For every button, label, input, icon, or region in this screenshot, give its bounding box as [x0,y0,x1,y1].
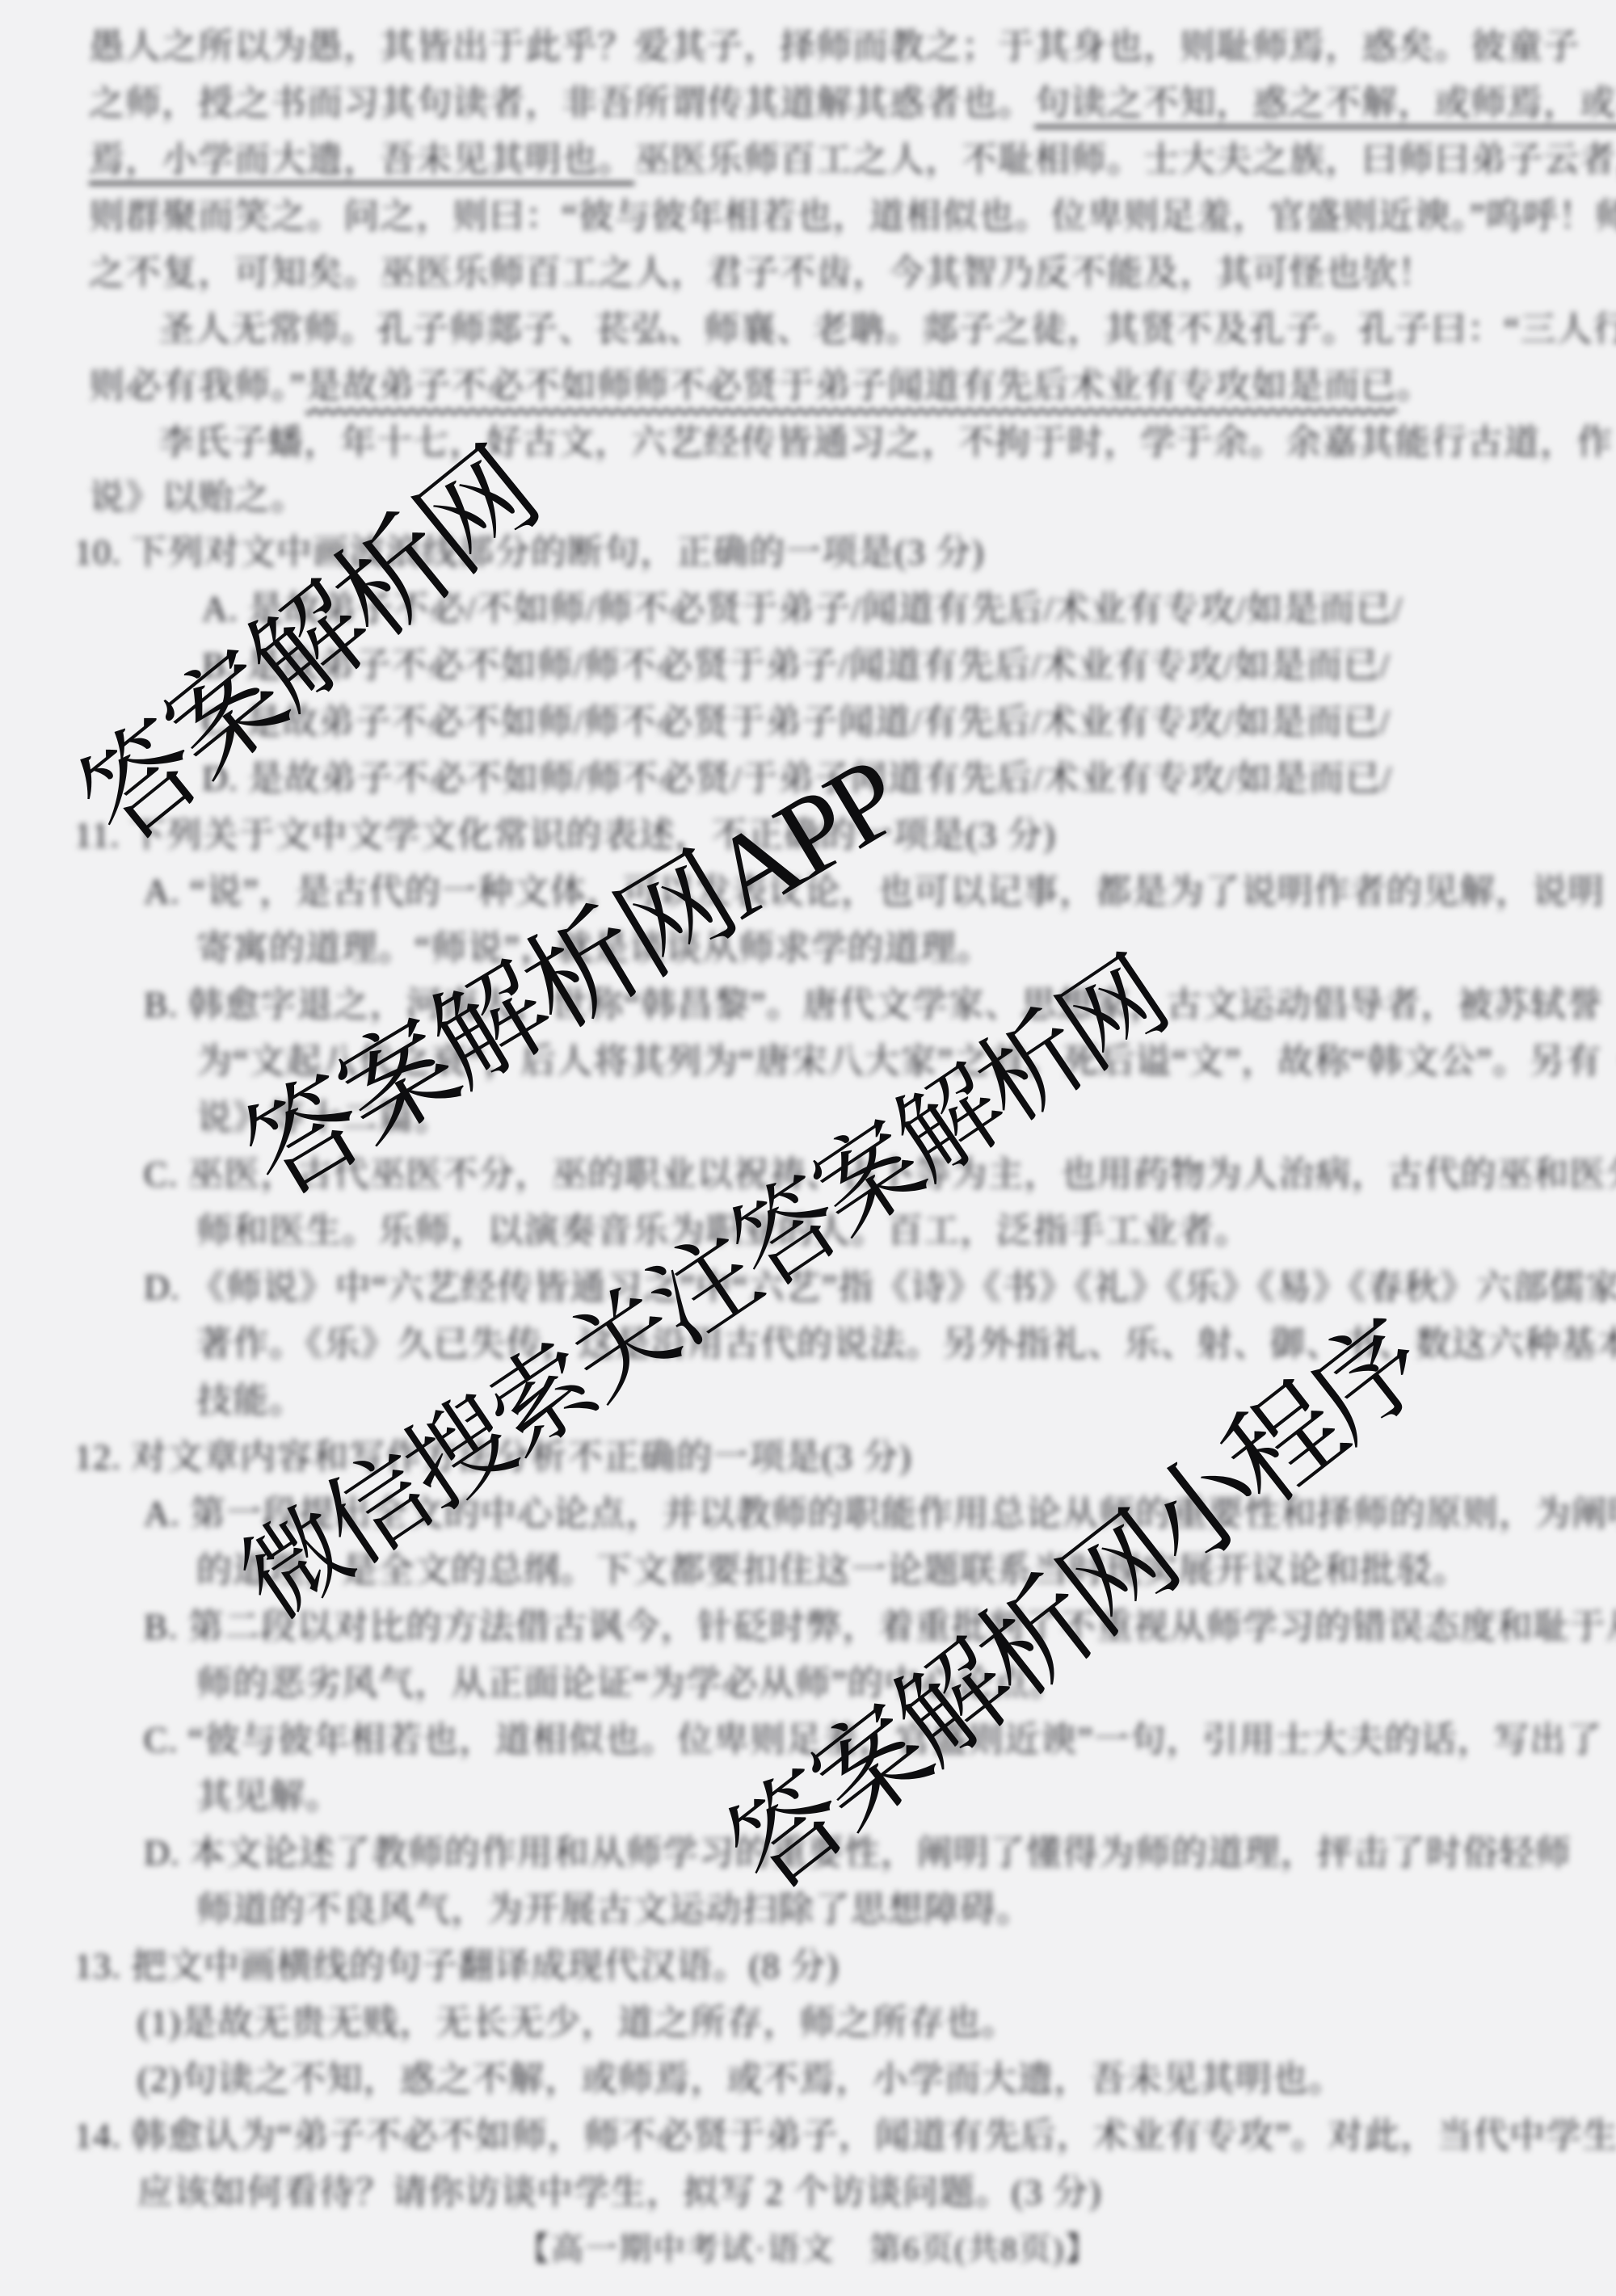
question-11-option-c: C. 巫医，古代巫医不分，巫的职业以祝祷、占卜等为主，也用药物为人治病，古代的巫… [144,1146,1616,1203]
question-12-option-d: D. 本文论述了教师的作用和从师学习的重要性，阐明了懂得为师的道理，抨击了时俗轻… [144,1825,1572,1882]
text-segment: C. 是故弟子不必不如师/师不必贤于弟子闻道/有先后/术业有专攻/如是而已/ [202,702,1390,742]
text-segment: 寄寓的道理。“师说”，就是谈谈从师求学的道理。 [196,928,993,968]
question-11-option-c-cont: 师和医生。乐师，以演奏音乐为职业的人。百工，泛指手工业者。 [196,1203,1251,1259]
question-12-option-b-cont: 师的恶劣风气，从正面论证“为学必从师”的中心论点。 [196,1655,1066,1712]
question-11-option-a: A. “说”，是古代的一种文体，可以发表议论，也可以记事，都是为了说明作者的见解… [144,864,1605,920]
passage-line: 之不复，可知矣。巫医乐师百工之人，君子不齿，今其智乃反不能及，其可怪也欤！ [89,245,1434,301]
text-segment: 则群聚而笑之。问之，则曰：“彼与彼年相若也，道相似也。位卑则足羞，官盛则近谀。”… [89,196,1616,236]
text-segment: 的道理，是全文的总纲。下文都要扣住这一论题联系当时现实展开议论和批驳。 [196,1550,1469,1590]
text-segment: 14. 韩愈认为“弟子不必不如师，师不必贤于弟子，闻道有先后，术业有专攻”。对此… [74,2116,1616,2155]
text-segment: 巫医乐师百工之人，不耻相师。士大夫之族，曰师曰弟子云者， [634,140,1616,179]
passage-line: 则群聚而笑之。问之，则曰：“彼与彼年相若也，道相似也。位卑则足羞，官盛则近谀。”… [89,188,1616,245]
text-segment: C. 巫医，古代巫医不分，巫的职业以祝祷、占卜等为主，也用药物为人治病，古代的巫… [144,1154,1616,1194]
text-segment: 愚人之所以为愚，其皆出于此乎？爱其子，择师而教之；于其身也，则耻师焉，惑矣。彼童… [89,27,1580,66]
question-10-option-b: B. 是故弟子不必不如师/师不必贤于弟子/闻道有先后/术业有专攻/如是而已/ [202,637,1390,694]
text-segment: 其见解。 [196,1777,342,1816]
text-segment: D. 是故弟子不必不如师/师不必贤/于弟子闻道有先后/术业有专攻/如是而已/ [202,759,1392,798]
text-segment: 则必有我师。” [89,366,306,406]
text-segment: A. 第一段提出全文的中心论点，并以教师的职能作用总论从师的重要性和择师的原则，… [144,1494,1616,1533]
text-segment: B. 第二段以对比的方法借古讽今，针砭时弊，着重批判了不重视从师学习的错误态度和… [144,1607,1616,1646]
passage-line: 说》以贻之。 [89,469,307,526]
question-11-option-b: B. 韩愈字退之，河南人，世称“韩昌黎”。唐代文学家、思想家，古文运动倡导者，被… [144,977,1602,1033]
question-14-stem-cont: 应该如何看待？请你访谈中学生，拟写 2 个访谈问题。(3 分) [137,2164,1101,2221]
text-segment: 师道的不良风气，为开展古文运动扫除了思想障碍。 [196,1890,1033,1929]
question-11-option-b-cont: 为“文起八代之衰”，后人将其列为“唐宋八大家”之首。死后谥“文”，故称“韩文公”… [196,1033,1616,1090]
text-segment: B. 是故弟子不必不如师/师不必贤于弟子/闻道有先后/术业有专攻/如是而已/ [202,645,1390,685]
question-13-stem: 13. 把文中画横线的句子翻译成现代汉语。(8 分) [74,1938,839,1995]
passage-line: 李氏子蟠，年十七，好古文，六艺经传皆通习之，不拘于时，学于余。余嘉其能行古道，作… [158,414,1616,471]
text-segment: D. 《师说》中“六艺经传皆通习之”中“六艺”指《诗》《书》《礼》《乐》《易》《… [144,1268,1616,1307]
question-12-stem: 12. 对文章内容和写作方法分析不正确的一项是(3 分) [74,1429,911,1486]
text-segment: 师的恶劣风气，从正面论证“为学必从师”的中心论点。 [196,1663,1066,1703]
text-segment: 师和医生。乐师，以演奏音乐为职业的人。百工，泛指手工业者。 [196,1211,1251,1251]
text-segment: 说》以贻之。 [89,477,307,517]
question-11-option-d-cont: 著作。《乐》久已失传，这是沿用古代的说法。另外指礼、乐、射、御、书、数这六种基本 [196,1316,1616,1373]
question-10-option-d: D. 是故弟子不必不如师/师不必贤/于弟子闻道有先后/术业有专攻/如是而已/ [202,751,1392,807]
passage-line: 愚人之所以为愚，其皆出于此乎？爱其子，择师而教之；于其身也，则耻师焉，惑矣。彼童… [89,19,1580,75]
passage-line: 则必有我师。”是故弟子不必不如师师不必贤于弟子闻道有先后术业有专攻如是而已。 [89,358,1433,414]
text-segment: D. 本文论述了教师的作用和从师学习的重要性，阐明了懂得为师的道理，抨击了时俗轻… [144,1833,1572,1873]
text-segment: 。 [1397,366,1433,406]
passage-line: 焉，小学而大遗，吾未见其明也。巫医乐师百工之人，不耻相师。士大夫之族，曰师曰弟子… [89,132,1616,188]
text-segment: (1)是故无贵无贱，无长无少，道之所存，师之所存也。 [137,2003,1017,2042]
text-segment: 13. 把文中画横线的句子翻译成现代汉语。(8 分) [74,1946,839,1986]
text-segment: 12. 对文章内容和写作方法分析不正确的一项是(3 分) [74,1437,911,1477]
text-segment: 技能。 [196,1381,305,1420]
text-segment: 说》等十二篇。 [196,1098,451,1137]
question-11-option-d: D. 《师说》中“六艺经传皆通习之”中“六艺”指《诗》《书》《礼》《乐》《易》《… [144,1259,1616,1316]
question-13-item-1: (1)是故无贵无贱，无长无少，道之所存，师之所存也。 [137,1995,1017,2051]
text-segment: (2)句读之不知，惑之不解，或师焉，或不焉，小学而大遗，吾未见其明也。 [137,2059,1345,2099]
question-10-option-a: A. 是故弟子不必/不如师/师不必贤于弟子/闻道有先后/术业有专攻/如是而已/ [202,581,1403,637]
question-11-option-b-cont2: 说》等十二篇。 [196,1090,451,1146]
question-12-option-a-cont: 的道理，是全文的总纲。下文都要扣住这一论题联系当时现实展开议论和批驳。 [196,1542,1469,1599]
question-10-option-c: C. 是故弟子不必不如师/师不必贤于弟子闻道/有先后/术业有专攻/如是而已/ [202,694,1390,751]
question-12-option-c-cont: 其见解。 [196,1768,342,1825]
question-12-option-b: B. 第二段以对比的方法借古讽今，针砭时弊，着重批判了不重视从师学习的错误态度和… [144,1599,1616,1655]
text-segment: B. 韩愈字退之，河南人，世称“韩昌黎”。唐代文学家、思想家，古文运动倡导者，被… [144,985,1602,1024]
text-segment: A. “说”，是古代的一种文体，可以发表议论，也可以记事，都是为了说明作者的见解… [144,872,1605,911]
text-segment: 之不复，可知矣。巫医乐师百工之人，君子不齿，今其智乃反不能及，其可怪也欤！ [89,253,1434,292]
question-12-option-a: A. 第一段提出全文的中心论点，并以教师的职能作用总论从师的重要性和择师的原则，… [144,1486,1616,1542]
text-segment: 句读之不知，惑之不解，或师焉，或不 [1034,83,1616,123]
text-segment: 圣人无常师。孔子师郯子、苌弘、师襄、老聃。郯子之徒，其贤不及孔子。孔子曰：“三人… [158,309,1616,349]
question-11-stem: 11. 下列关于文中文学文化常识的表述，不正确的一项是(3 分) [74,807,1056,864]
text-segment: 10. 下列对文中画波浪线部分的断句，正确的一项是(3 分) [74,532,984,572]
text-segment: A. 是故弟子不必/不如师/师不必贤于弟子/闻道有先后/术业有专攻/如是而已/ [202,589,1403,629]
question-13-item-2: (2)句读之不知，惑之不解，或师焉，或不焉，小学而大遗，吾未见其明也。 [137,2051,1345,2108]
text-segment: 应该如何看待？请你访谈中学生，拟写 2 个访谈问题。(3 分) [137,2172,1101,2212]
question-11-option-a-cont: 寄寓的道理。“师说”，就是谈谈从师求学的道理。 [196,920,993,977]
text-segment: C. “彼与彼年相若也，道相似也。位卑则足羞，官盛则近谀”一句，引用士大夫的话，… [144,1720,1602,1760]
passage-line: 之师，授之书而习其句读者，非吾所谓传其道解其惑者也。句读之不知，惑之不解，或师焉… [89,75,1616,132]
question-14-stem: 14. 韩愈认为“弟子不必不如师，师不必贤于弟子，闻道有先后，术业有专攻”。对此… [74,2108,1616,2164]
text-segment: 著作。《乐》久已失传，这是沿用古代的说法。另外指礼、乐、射、御、书、数这六种基本 [196,1324,1616,1364]
scanned-exam-page: 【高一期中考试·语文 第6页(共8页)】 愚人之所以为愚，其皆出于此乎？爱其子，… [0,0,1616,2296]
question-11-option-d-cont2: 技能。 [196,1373,305,1429]
question-12-option-c: C. “彼与彼年相若也，道相似也。位卑则足羞，官盛则近谀”一句，引用士大夫的话，… [144,1712,1602,1768]
text-segment: 11. 下列关于文中文学文化常识的表述，不正确的一项是(3 分) [74,815,1056,855]
question-12-option-d-cont: 师道的不良风气，为开展古文运动扫除了思想障碍。 [196,1882,1033,1938]
page-footer: 【高一期中考试·语文 第6页(共8页)】 [0,2223,1616,2269]
question-10-stem: 10. 下列对文中画波浪线部分的断句，正确的一项是(3 分) [74,524,984,581]
passage-line: 圣人无常师。孔子师郯子、苌弘、师襄、老聃。郯子之徒，其贤不及孔子。孔子曰：“三人… [158,301,1616,358]
text-segment: 李氏子蟠，年十七，好古文，六艺经传皆通习之，不拘于时，学于余。余嘉其能行古道，作… [158,423,1616,462]
text-segment: 是故弟子不必不如师师不必贤于弟子闻道有先后术业有专攻如是而已 [306,366,1397,406]
text-segment: 焉，小学而大遗，吾未见其明也。 [89,140,634,179]
document-text-layer: 【高一期中考试·语文 第6页(共8页)】 愚人之所以为愚，其皆出于此乎？爱其子，… [0,0,1616,2296]
text-segment: 之师，授之书而习其句读者，非吾所谓传其道解其惑者也。 [89,83,1034,123]
text-segment: 为“文起八代之衰”，后人将其列为“唐宋八大家”之首。死后谥“文”，故称“韩文公”… [196,1041,1616,1081]
